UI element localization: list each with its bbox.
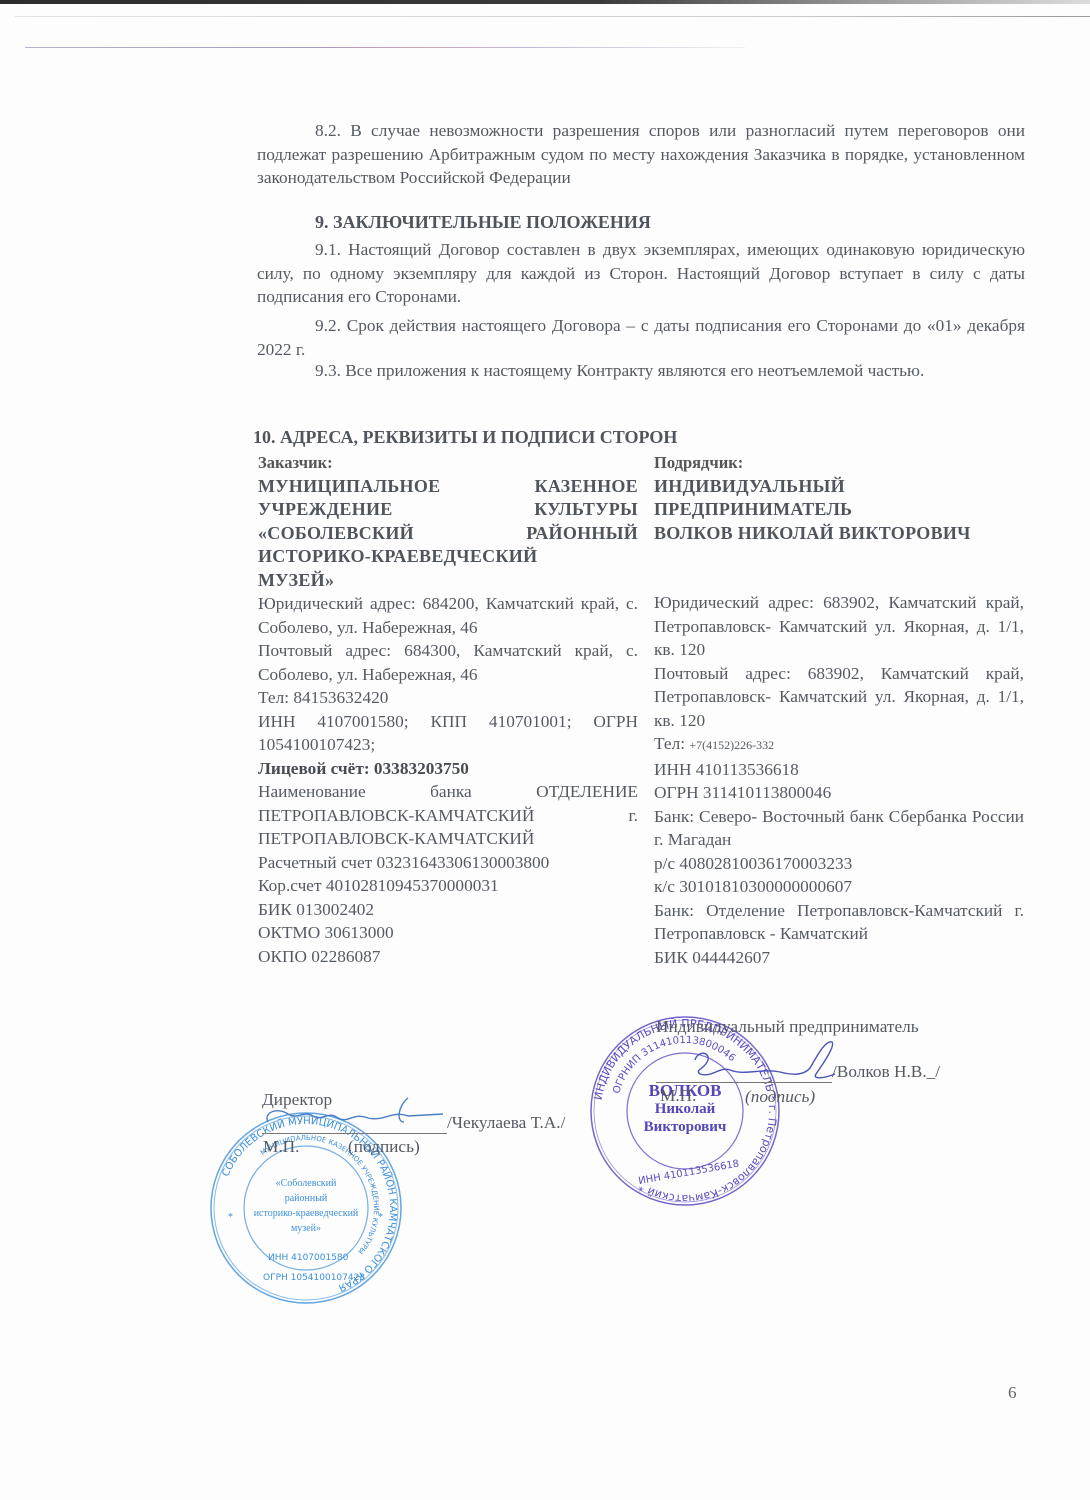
customer-personal-account: Лицевой счёт: 03383203750 <box>258 757 638 781</box>
org-line: УЧРЕЖДЕНИЕ КУЛЬТУРЫ <box>258 498 638 522</box>
stamp-line: «Соболевский <box>208 1176 404 1191</box>
org-line: ВОЛКОВ НИКОЛАЙ ВИКТОРОВИЧ <box>654 522 1024 546</box>
page-number: 6 <box>1008 1383 1017 1403</box>
phone-label: Тел: <box>654 734 685 753</box>
contractor-phone: Тел: +7(4152)226-332 <box>654 732 1024 758</box>
customer-oktmo: ОКТМО 30613000 <box>258 921 638 945</box>
paragraph-text: 9.2. Срок действия настоящего Договора –… <box>257 316 1025 359</box>
svg-text:ИНН 4107001580: ИНН 4107001580 <box>268 1253 349 1263</box>
contractor-mp: М.П. <box>660 1086 697 1106</box>
contractor-ks: к/с 30101810300000000607 <box>654 875 1024 899</box>
customer-inn-kpp-ogrn: ИНН 4107001580; КПП 410701001; ОГРН 1054… <box>258 710 638 757</box>
contractor-signatory-name: /Волков Н.В._/ <box>832 1062 940 1081</box>
customer-signatory-name: /Чекулаева Т.А./ <box>447 1113 565 1132</box>
org-line: МУНИЦИПАЛЬНОЕ КАЗЕННОЕ <box>258 475 638 499</box>
contractor-inn: ИНН 410113536618 <box>654 758 1024 782</box>
contractor-signature-scrawl <box>690 1038 840 1088</box>
svg-text:ОГРН 1054100107423: ОГРН 1054100107423 <box>263 1273 365 1283</box>
customer-role: Заказчик: <box>258 451 638 475</box>
customer-org-name: МУНИЦИПАЛЬНОЕ КАЗЕННОЕ УЧРЕЖДЕНИЕ КУЛЬТУ… <box>258 475 638 593</box>
header-rule <box>15 16 1090 17</box>
contractor-signature-caption: (подпись) <box>745 1087 815 1107</box>
contractor-org-name: ИНДИВИДУАЛЬНЫЙ ПРЕДПРИНИМАТЕЛЬ ВОЛКОВ НИ… <box>654 475 1024 546</box>
paragraph-9-1: 9.1. Настоящий Договор составлен в двух … <box>257 238 1025 309</box>
paragraph-9-3: 9.3. Все приложения к настоящему Контрак… <box>257 359 1025 383</box>
customer-details: Заказчик: МУНИЦИПАЛЬНОЕ КАЗЕННОЕ УЧРЕЖДЕ… <box>258 451 638 968</box>
paragraph-text: 8.2. В случае невозможности разрешения с… <box>257 121 1025 187</box>
customer-stamp-center: «Соболевский районный историко-краеведче… <box>208 1176 404 1236</box>
paragraph-8-2: 8.2. В случае невозможности разрешения с… <box>257 119 1025 190</box>
customer-bank-name: Наименование банка ОТДЕЛЕНИЕ ПЕТРОПАВЛОВ… <box>258 780 638 851</box>
paragraph-9-2: 9.2. Срок действия настоящего Договора –… <box>257 314 1025 361</box>
contractor-bik: БИК 044442607 <box>654 946 1024 970</box>
customer-bik: БИК 013002402 <box>258 898 638 922</box>
contractor-bank-branch: Банк: Отделение Петропавловск-Камчатский… <box>654 899 1024 946</box>
customer-mp: М.П. <box>263 1137 300 1157</box>
phone-value: +7(4152)226-332 <box>689 738 774 752</box>
contractor-ogrn: ОГРН 311410113800046 <box>654 781 1024 805</box>
header-rule-colored <box>25 47 745 48</box>
org-line: ИНДИВИДУАЛЬНЫЙ <box>654 475 1024 499</box>
contractor-role: Подрядчик: <box>654 451 1024 475</box>
contractor-bank: Банк: Северо- Восточный банк Сбербанка Р… <box>654 805 1024 852</box>
contractor-postal-address: Почтовый адрес: 683902, Камчатский край,… <box>654 662 1024 733</box>
contractor-signatory-position: Индивидуальный предприниматель <box>656 1015 940 1038</box>
customer-legal-address: Юридический адрес: 684200, Камчатский кр… <box>258 592 638 639</box>
org-line: ИСТОРИКО-КРАЕВЕДЧЕСКИЙ <box>258 545 638 569</box>
stamp-line: музей» <box>208 1221 404 1236</box>
section-10-title: 10. АДРЕСА, РЕКВИЗИТЫ И ПОДПИСИ СТОРОН <box>253 427 677 448</box>
contractor-legal-address: Юридический адрес: 683902, Камчатский кр… <box>654 591 1024 662</box>
scan-edge <box>0 0 1090 4</box>
contractor-details: Подрядчик: ИНДИВИДУАЛЬНЫЙ ПРЕДПРИНИМАТЕЛ… <box>654 451 1024 969</box>
customer-okpo: ОКПО 02286087 <box>258 945 638 969</box>
customer-phone: Тел: 84153632420 <box>258 686 638 710</box>
org-line: ПРЕДПРИНИМАТЕЛЬ <box>654 498 1024 522</box>
customer-postal-address: Почтовый адрес: 684300, Камчатский край,… <box>258 639 638 686</box>
stamp-line: историко-краеведческий <box>208 1206 404 1221</box>
org-line: МУЗЕЙ» <box>258 569 638 593</box>
section-9-title: 9. ЗАКЛЮЧИТЕЛЬНЫЕ ПОЛОЖЕНИЯ <box>315 212 651 233</box>
paragraph-text: 9.1. Настоящий Договор составлен в двух … <box>257 240 1025 306</box>
customer-settlement-account: Расчетный счет 03231643306130003800 <box>258 851 638 875</box>
stamp-line: Викторович <box>588 1118 782 1136</box>
contractor-rs: р/с 40802810036170003233 <box>654 852 1024 876</box>
customer-corr-account: Кор.счет 40102810945370000031 <box>258 874 638 898</box>
paragraph-text: 9.3. Все приложения к настоящему Контрак… <box>315 361 924 380</box>
org-line: «СОБОЛЕВСКИЙ РАЙОННЫЙ <box>258 522 638 546</box>
stamp-line: районный <box>208 1191 404 1206</box>
customer-signature-scrawl <box>258 1092 458 1137</box>
customer-signature-caption: (подпись) <box>348 1137 420 1157</box>
